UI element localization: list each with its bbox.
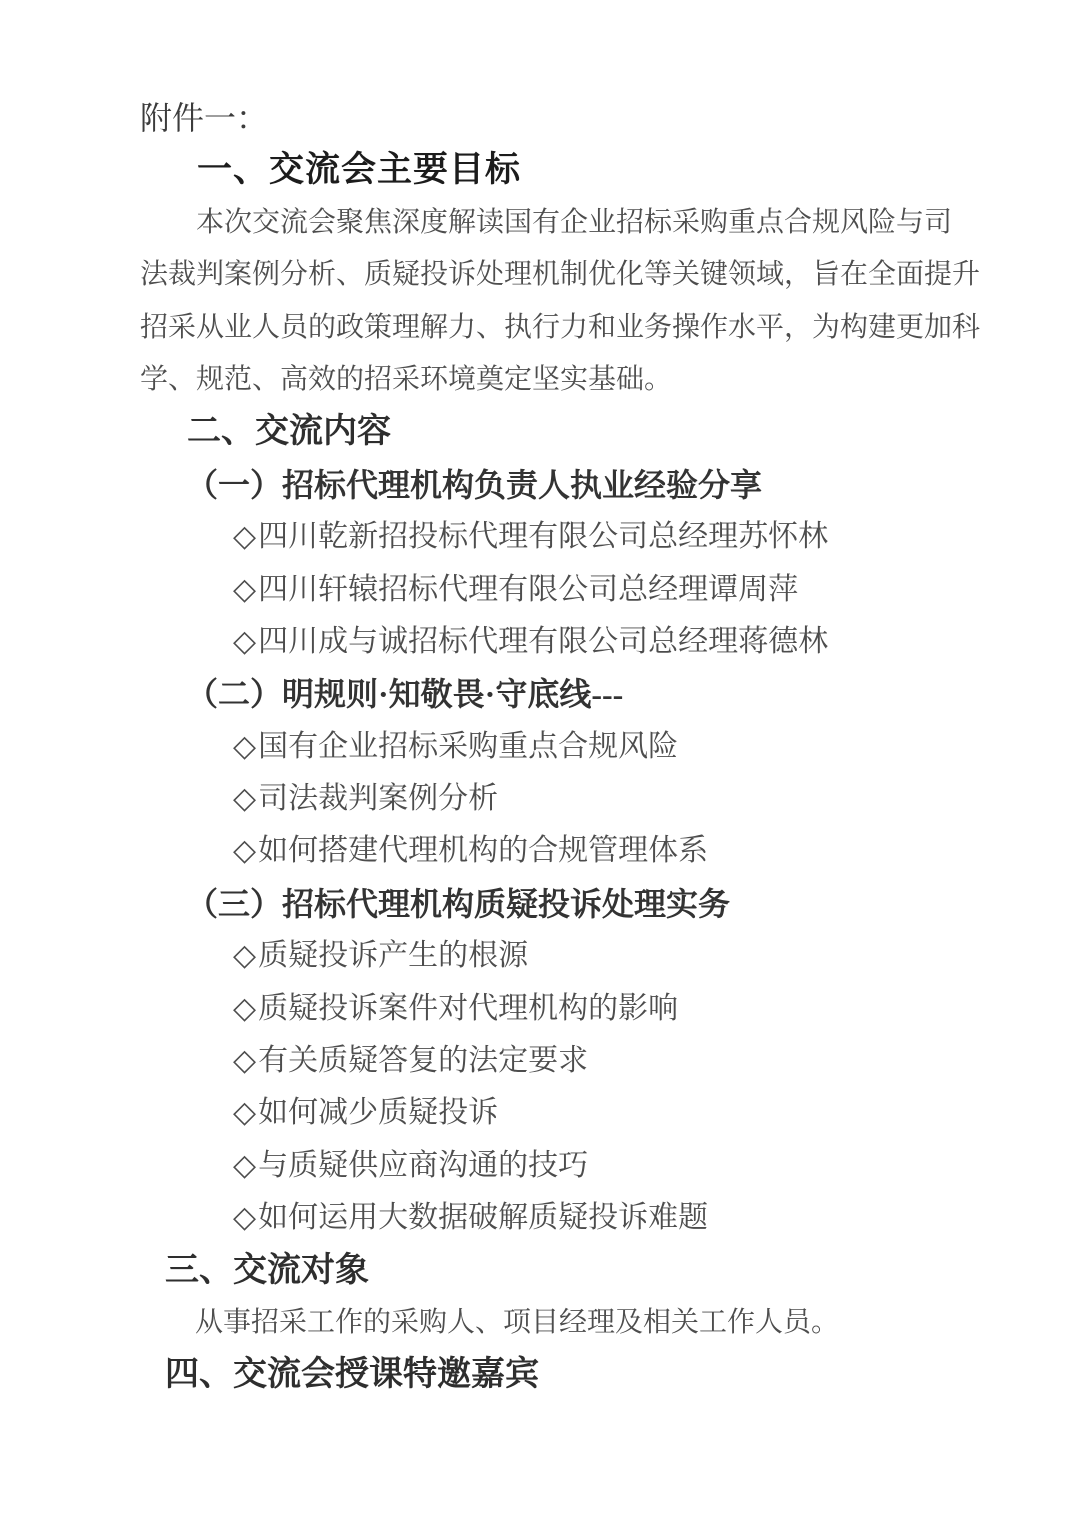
diamond-bullet-icon: ◇ bbox=[233, 992, 256, 1025]
diamond-bullet-icon: ◇ bbox=[233, 625, 256, 658]
agenda-item: ◇四川轩辕招标代理有限公司总经理谭周萍 bbox=[233, 564, 960, 616]
agenda-item: ◇如何减少质疑投诉 bbox=[233, 1087, 960, 1139]
subsection-3-heading: （三）招标代理机构质疑投诉处理实务 bbox=[186, 878, 960, 930]
section-3-body: 从事招采工作的采购人、项目经理及相关工作人员。 bbox=[195, 1297, 960, 1349]
agenda-item-text: 国有企业招标采购重点合规风险 bbox=[258, 730, 678, 763]
subsection-2-heading: （二）明规则·知敬畏·守底线--- bbox=[186, 668, 960, 720]
section-4-heading: 四、交流会授课特邀嘉宾 bbox=[165, 1349, 960, 1401]
agenda-item: ◇有关质疑答复的法定要求 bbox=[233, 1035, 960, 1087]
agenda-item-text: 四川成与诚招标代理有限公司总经理蒋德林 bbox=[258, 625, 828, 658]
agenda-item: ◇司法裁判案例分析 bbox=[233, 773, 960, 825]
diamond-bullet-icon: ◇ bbox=[233, 573, 256, 606]
diamond-bullet-icon: ◇ bbox=[233, 520, 256, 553]
diamond-bullet-icon: ◇ bbox=[233, 1201, 256, 1234]
subsection-1-heading: （一）招标代理机构负责人执业经验分享 bbox=[186, 459, 960, 511]
agenda-item: ◇四川乾新招投标代理有限公司总经理苏怀林 bbox=[233, 511, 960, 563]
diamond-bullet-icon: ◇ bbox=[233, 939, 256, 972]
intro-paragraph-line-3: 招采从业人员的政策理解力、执行力和业务操作水平，为构建更加科 bbox=[140, 302, 960, 354]
diamond-bullet-icon: ◇ bbox=[233, 782, 256, 815]
agenda-item: ◇如何运用大数据破解质疑投诉难题 bbox=[233, 1192, 960, 1244]
diamond-bullet-icon: ◇ bbox=[233, 730, 256, 763]
section-1-heading: 一、交流会主要目标 bbox=[197, 144, 960, 196]
agenda-item-text: 与质疑供应商沟通的技巧 bbox=[258, 1149, 588, 1182]
agenda-item: ◇如何搭建代理机构的合规管理体系 bbox=[233, 825, 960, 877]
agenda-item: ◇与质疑供应商沟通的技巧 bbox=[233, 1140, 960, 1192]
agenda-item-text: 司法裁判案例分析 bbox=[258, 782, 498, 815]
agenda-item-text: 四川轩辕招标代理有限公司总经理谭周萍 bbox=[258, 573, 798, 606]
attachment-label: 附件一： bbox=[140, 92, 960, 144]
agenda-item-text: 如何运用大数据破解质疑投诉难题 bbox=[258, 1201, 708, 1234]
agenda-item: ◇国有企业招标采购重点合规风险 bbox=[233, 721, 960, 773]
agenda-item-text: 如何减少质疑投诉 bbox=[258, 1096, 498, 1129]
agenda-item-text: 四川乾新招投标代理有限公司总经理苏怀林 bbox=[258, 520, 828, 553]
diamond-bullet-icon: ◇ bbox=[233, 834, 256, 867]
agenda-item-text: 质疑投诉案件对代理机构的影响 bbox=[258, 992, 678, 1025]
diamond-bullet-icon: ◇ bbox=[233, 1044, 256, 1077]
agenda-item: ◇四川成与诚招标代理有限公司总经理蒋德林 bbox=[233, 616, 960, 668]
agenda-item-text: 质疑投诉产生的根源 bbox=[258, 939, 528, 972]
intro-paragraph-line-2: 法裁判案例分析、质疑投诉处理机制优化等关键领域，旨在全面提升 bbox=[140, 249, 960, 301]
agenda-item: ◇质疑投诉产生的根源 bbox=[233, 930, 960, 982]
intro-paragraph-line-4: 学、规范、高效的招采环境奠定坚实基础。 bbox=[140, 354, 960, 406]
agenda-item-text: 如何搭建代理机构的合规管理体系 bbox=[258, 834, 708, 867]
document-page: 附件一： 一、交流会主要目标 本次交流会聚焦深度解读国有企业招标采购重点合规风险… bbox=[0, 0, 1080, 1527]
diamond-bullet-icon: ◇ bbox=[233, 1149, 256, 1182]
agenda-item-text: 有关质疑答复的法定要求 bbox=[258, 1044, 588, 1077]
diamond-bullet-icon: ◇ bbox=[233, 1096, 256, 1129]
agenda-item: ◇质疑投诉案件对代理机构的影响 bbox=[233, 983, 960, 1035]
section-2-heading: 二、交流内容 bbox=[187, 406, 960, 458]
section-3-heading: 三、交流对象 bbox=[165, 1245, 960, 1297]
intro-paragraph-line-1: 本次交流会聚焦深度解读国有企业招标采购重点合规风险与司 bbox=[196, 197, 960, 249]
